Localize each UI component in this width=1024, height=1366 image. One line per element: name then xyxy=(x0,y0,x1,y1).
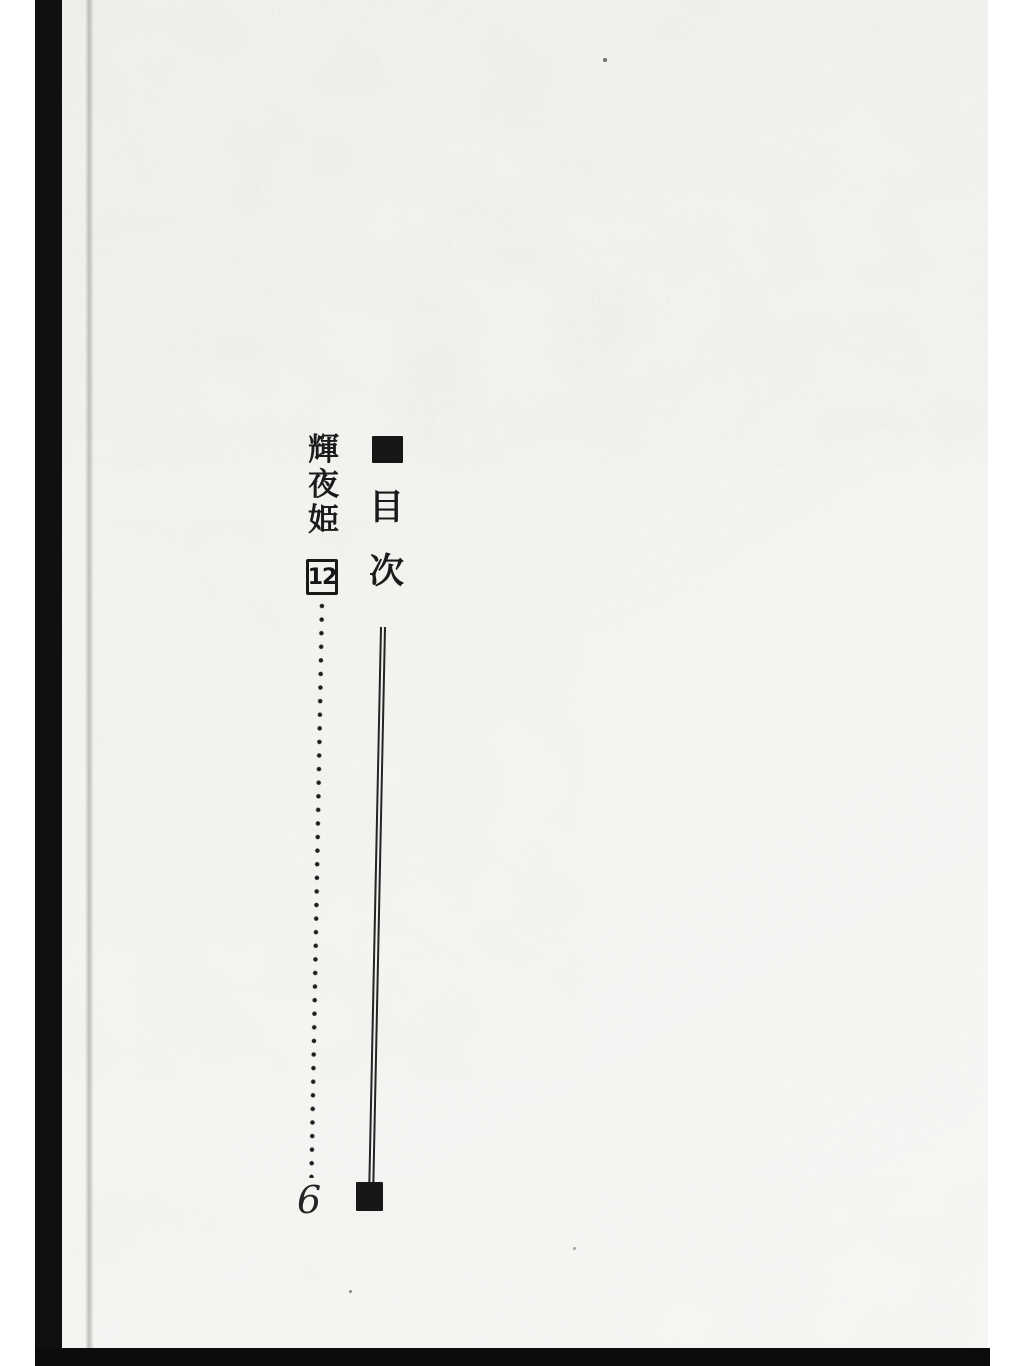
series-title-char: 輝 xyxy=(308,433,339,467)
section-marker-square-icon xyxy=(372,436,403,463)
scan-speck xyxy=(573,1247,576,1250)
toc-title-char: 目 xyxy=(369,489,404,527)
end-marker-square-icon xyxy=(356,1182,383,1211)
toc-title-char: 次 xyxy=(369,553,404,591)
gutter-shadow xyxy=(85,0,94,1348)
series-title: 輝 夜 姫 xyxy=(308,433,339,537)
scan-speck xyxy=(603,58,607,62)
page-number: 6 xyxy=(297,1178,321,1222)
volume-number-box: 12 xyxy=(306,559,338,595)
book-page-paper xyxy=(62,0,988,1366)
scanned-page: 目 次 輝 夜 姫 12 6 xyxy=(0,0,1024,1366)
series-title-char: 夜 xyxy=(308,468,339,502)
volume-number: 12 xyxy=(308,565,337,590)
series-title-char: 姫 xyxy=(308,503,339,537)
scan-edge-bar-bottom xyxy=(35,1348,990,1366)
scan-speck xyxy=(349,1290,352,1293)
scan-edge-bar-left xyxy=(35,0,62,1351)
toc-title: 目 次 xyxy=(369,489,404,591)
